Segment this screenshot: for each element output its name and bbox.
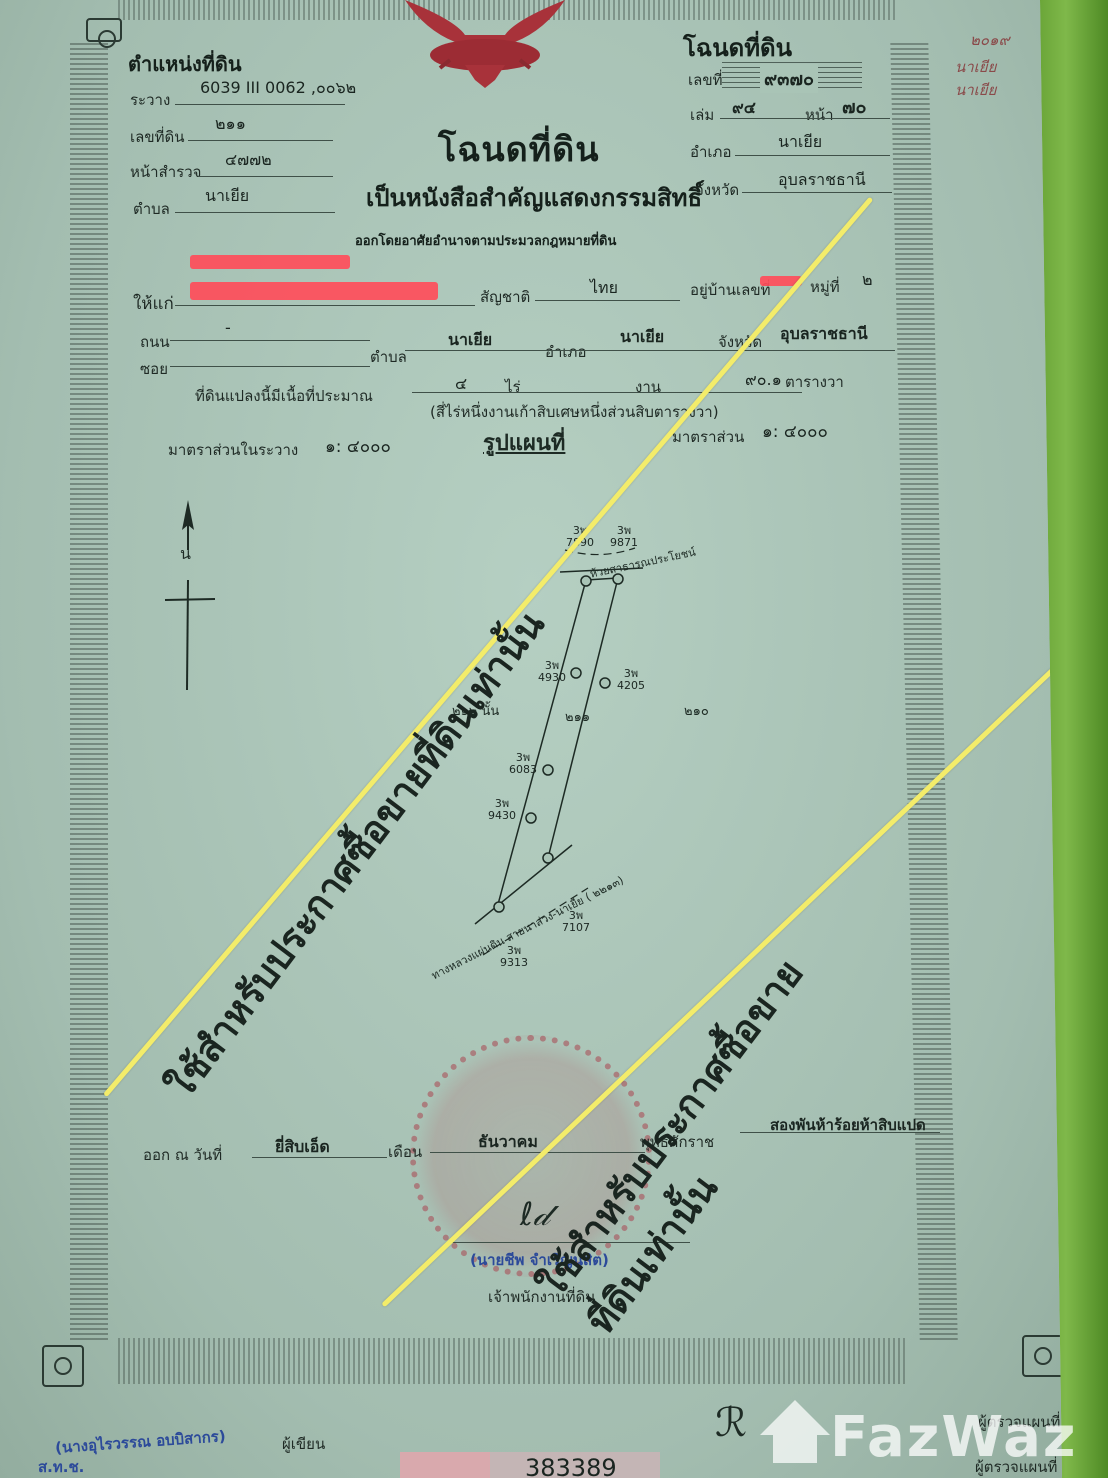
field-value-sq-wa: ๙๐.๑ [745,368,782,393]
marker-label: 3พ6083 [509,752,537,776]
field-value-sheet: 6039 III 0062 ,๐๐๖๒ [200,76,356,101]
field-label-page: หน้า [805,103,834,127]
security-border-bottom [118,1338,908,1384]
north-label: น [180,542,191,567]
field-label-ngan: งาน [635,375,661,399]
field-label-area: ที่ดินแปลงนี้มีเนื้อที่ประมาณ [195,384,373,408]
field-value-moo: ๒ [862,268,873,293]
margin-note: ๒๐๑๙ [970,28,1010,52]
field-value-district-owner: นาเยีย [620,325,664,350]
field-label-rai: ไร่ [505,375,521,399]
field-value-nationality: ไทย [590,276,618,301]
field-label-survey-page: หน้าสำรวจ [130,160,201,184]
corner-ornament-icon [42,1345,84,1387]
field-label-subdistrict-owner: ตำบล [370,345,407,369]
deed-title: โฉนดที่ดิน [438,122,599,176]
field-value-rai: ๔ [455,372,467,397]
redaction-bar [190,282,438,300]
field-value-district: นาเยีย [778,130,822,155]
brand-watermark: FazWaz [830,1405,1078,1470]
field-label-house-no: อยู่บ้านเลขที่ [690,278,770,302]
field-label-sq-wa: ตารางวา [785,370,844,394]
field-value-subdistrict: นาเยีย [205,184,249,209]
issued-at-label: ออก ณ วันที่ [143,1143,222,1167]
house-logo-icon [755,1395,835,1465]
deed-subtitle: เป็นหนังสือสำคัญแสดงกรรมสิทธิ์ [366,178,702,217]
field-label-volume: เล่ม [690,103,714,127]
land-title-deed: ตำแหน่งที่ดิน ระวาง 6039 III 0062 ,๐๐๖๒ … [0,0,1062,1478]
corner-ornament-icon [86,18,122,42]
field-label-soi: ซอย [140,357,168,381]
margin-note: นาเยีย [955,55,996,79]
field-label-district-owner: อำเภอ [545,340,586,364]
field-value-page: ๗๐ [842,92,867,121]
field-label-deed-no: เลขที่ [688,68,722,92]
field-label-district: อำเภอ [690,140,731,164]
field-label-road: ถนน [140,330,170,354]
field-value-deed-no: ๙๓๗๐ [760,64,818,93]
parcel-right-label: ๒๑๐ [684,700,709,721]
scale-sheet-label: มาตราส่วนในระวาง [168,438,298,462]
field-value-province-owner: อุบลราชธานี [780,322,868,347]
security-border-left [70,40,108,1340]
checker-signature: ℛ [715,1400,747,1446]
parcel-center-label: ๒๑๑ [565,706,590,727]
field-value-province: อุบลราชธานี [778,168,866,193]
marker-label: 3พ4205 [617,668,645,692]
field-label-parcel-no: เลขที่ดิน [130,125,184,149]
area-in-words: (สี่ไร่หนึ่งงานเก้าสิบเศษหนึ่งส่วนสิบตาร… [430,400,719,424]
marker-label: 3พ9430 [488,798,516,822]
field-label-owner: ให้แก่ [133,290,174,317]
field-label-nationality: สัญชาติ [480,285,530,309]
corner-ornament-icon [1022,1335,1064,1377]
marker-label: 3พ4930 [538,660,566,684]
redaction-bar [190,255,350,269]
field-label-province: จังหวัด [695,178,739,202]
serial-number: 383389 [525,1454,617,1478]
scale-value: ๑: ๔๐๐๐ [762,418,828,445]
north-arrow-icon [160,495,220,695]
field-value-parcel-no: ๒๑๑ [215,112,246,137]
margin-note: นาเยีย [955,78,996,102]
field-label-sheet: ระวาง [130,88,170,112]
field-label-moo: หมู่ที่ [810,275,840,299]
officer-signature: ℓ𝒹 [520,1195,549,1234]
garuda-emblem-icon [395,0,575,90]
marker-label: 3พ9871 [610,525,638,549]
map-heading: รูปแผนที่ [483,425,565,460]
field-value-survey-page: ๔๗๗๒ [225,148,272,173]
writer-title: ผู้เขียน [282,1432,325,1456]
field-value-road: - [225,318,231,337]
scale-label: มาตราส่วน [672,425,744,449]
office-abbr: ส.ท.ช. [38,1455,84,1478]
month-label: เดือน [388,1140,422,1164]
scale-sheet-value: ๑: ๔๐๐๐ [325,433,391,460]
field-label-subdistrict: ตำบล [133,197,170,221]
issued-under-law: ออกโดยอาศัยอำนาจตามประมวลกฎหมายที่ดิน [355,230,616,251]
